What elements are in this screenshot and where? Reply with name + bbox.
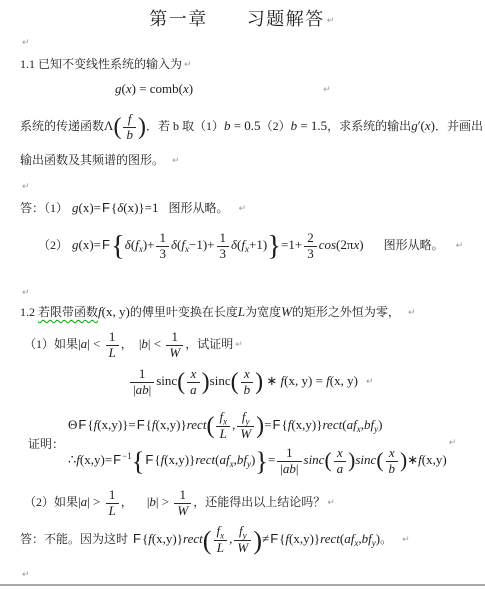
page-title-text: 第一章 习题解答 [149, 9, 325, 29]
formula-sinc-convolution: 1|ab|sinc(xa)sinc(xb) ∗ f(x, y) = f(x, y… [128, 367, 374, 397]
problem-1-2-question-1: （1）如果|a| < 1L，|b| < 1W，试证明↵ [24, 330, 243, 360]
problem-1-1-body-line-2: 输出函数及其频谱的图形。↵ [20, 151, 180, 168]
empty-paragraph-mark-icon: ↵ [22, 570, 30, 580]
formula-comb: g(x) = comb(x)↵ [115, 81, 331, 97]
page-title: 第一章 习题解答↵ [0, 5, 485, 31]
problem-1-2-heading: 1.2 若限带函数f(x, y)的傅里叶变换在长度L为宽度W的矩形之外恒为零，↵ [20, 303, 415, 320]
empty-paragraph-mark-icon: ↵ [22, 288, 30, 298]
proof-label: 证明： [28, 435, 64, 452]
answer-1-1-part-2: （2）g(x)=F{δ(fx)+13δ(fx−1)+13δ(fx+1)}=1+2… [38, 231, 463, 261]
empty-paragraph-mark-icon: ↵ [22, 182, 30, 192]
proof-equation-line-1: ΘF{f(x,y)}=F{f(x,y)}rect(fxL,fyW)=F{f(x,… [68, 410, 447, 442]
paragraph-mark-icon: ↵ [327, 16, 336, 26]
problem-1-1-heading: 1.1 已知不变线性系统的输入为↵ [20, 55, 192, 72]
proof-equations: ΘF{f(x,y)}=F{f(x,y)}rect(fxL,fyW)=F{f(x,… [68, 410, 447, 476]
answer-1-1-part-1: 答：（1）g(x)=F{δ(x)}=1图形从略。↵ [20, 199, 246, 216]
answer-1-2: 答：不能。因为这时F{f(x,y)}rect(fxL,fyW)≠F{f(x,y)… [20, 524, 410, 556]
proof-equation-line-2: ∴f(x,y)=F−1{F{f(x,y)}rect(afx,bfy)}=1|ab… [68, 446, 447, 476]
empty-paragraph-mark-icon: ↵ [22, 38, 30, 48]
problem-1-2-question-2: （2）如果|a| > 1L，|b| > 1W，还能得出以上结论吗？↵ [24, 488, 335, 518]
proof-block: 证明： ΘF{f(x,y)}=F{f(x,y)}rect(fxL,fyW)=F{… [28, 410, 456, 476]
problem-1-1-body-line-1: 系统的传递函数Λ(fb)．若 b 取（1）b = 0.5（2）b = 1.5，求… [20, 112, 483, 142]
paragraph-mark-icon: ↵ [449, 438, 457, 448]
document-page: 第一章 习题解答↵ ↵ 1.1 已知不变线性系统的输入为↵ g(x) = com… [0, 0, 485, 589]
page-bottom-border [0, 584, 485, 586]
